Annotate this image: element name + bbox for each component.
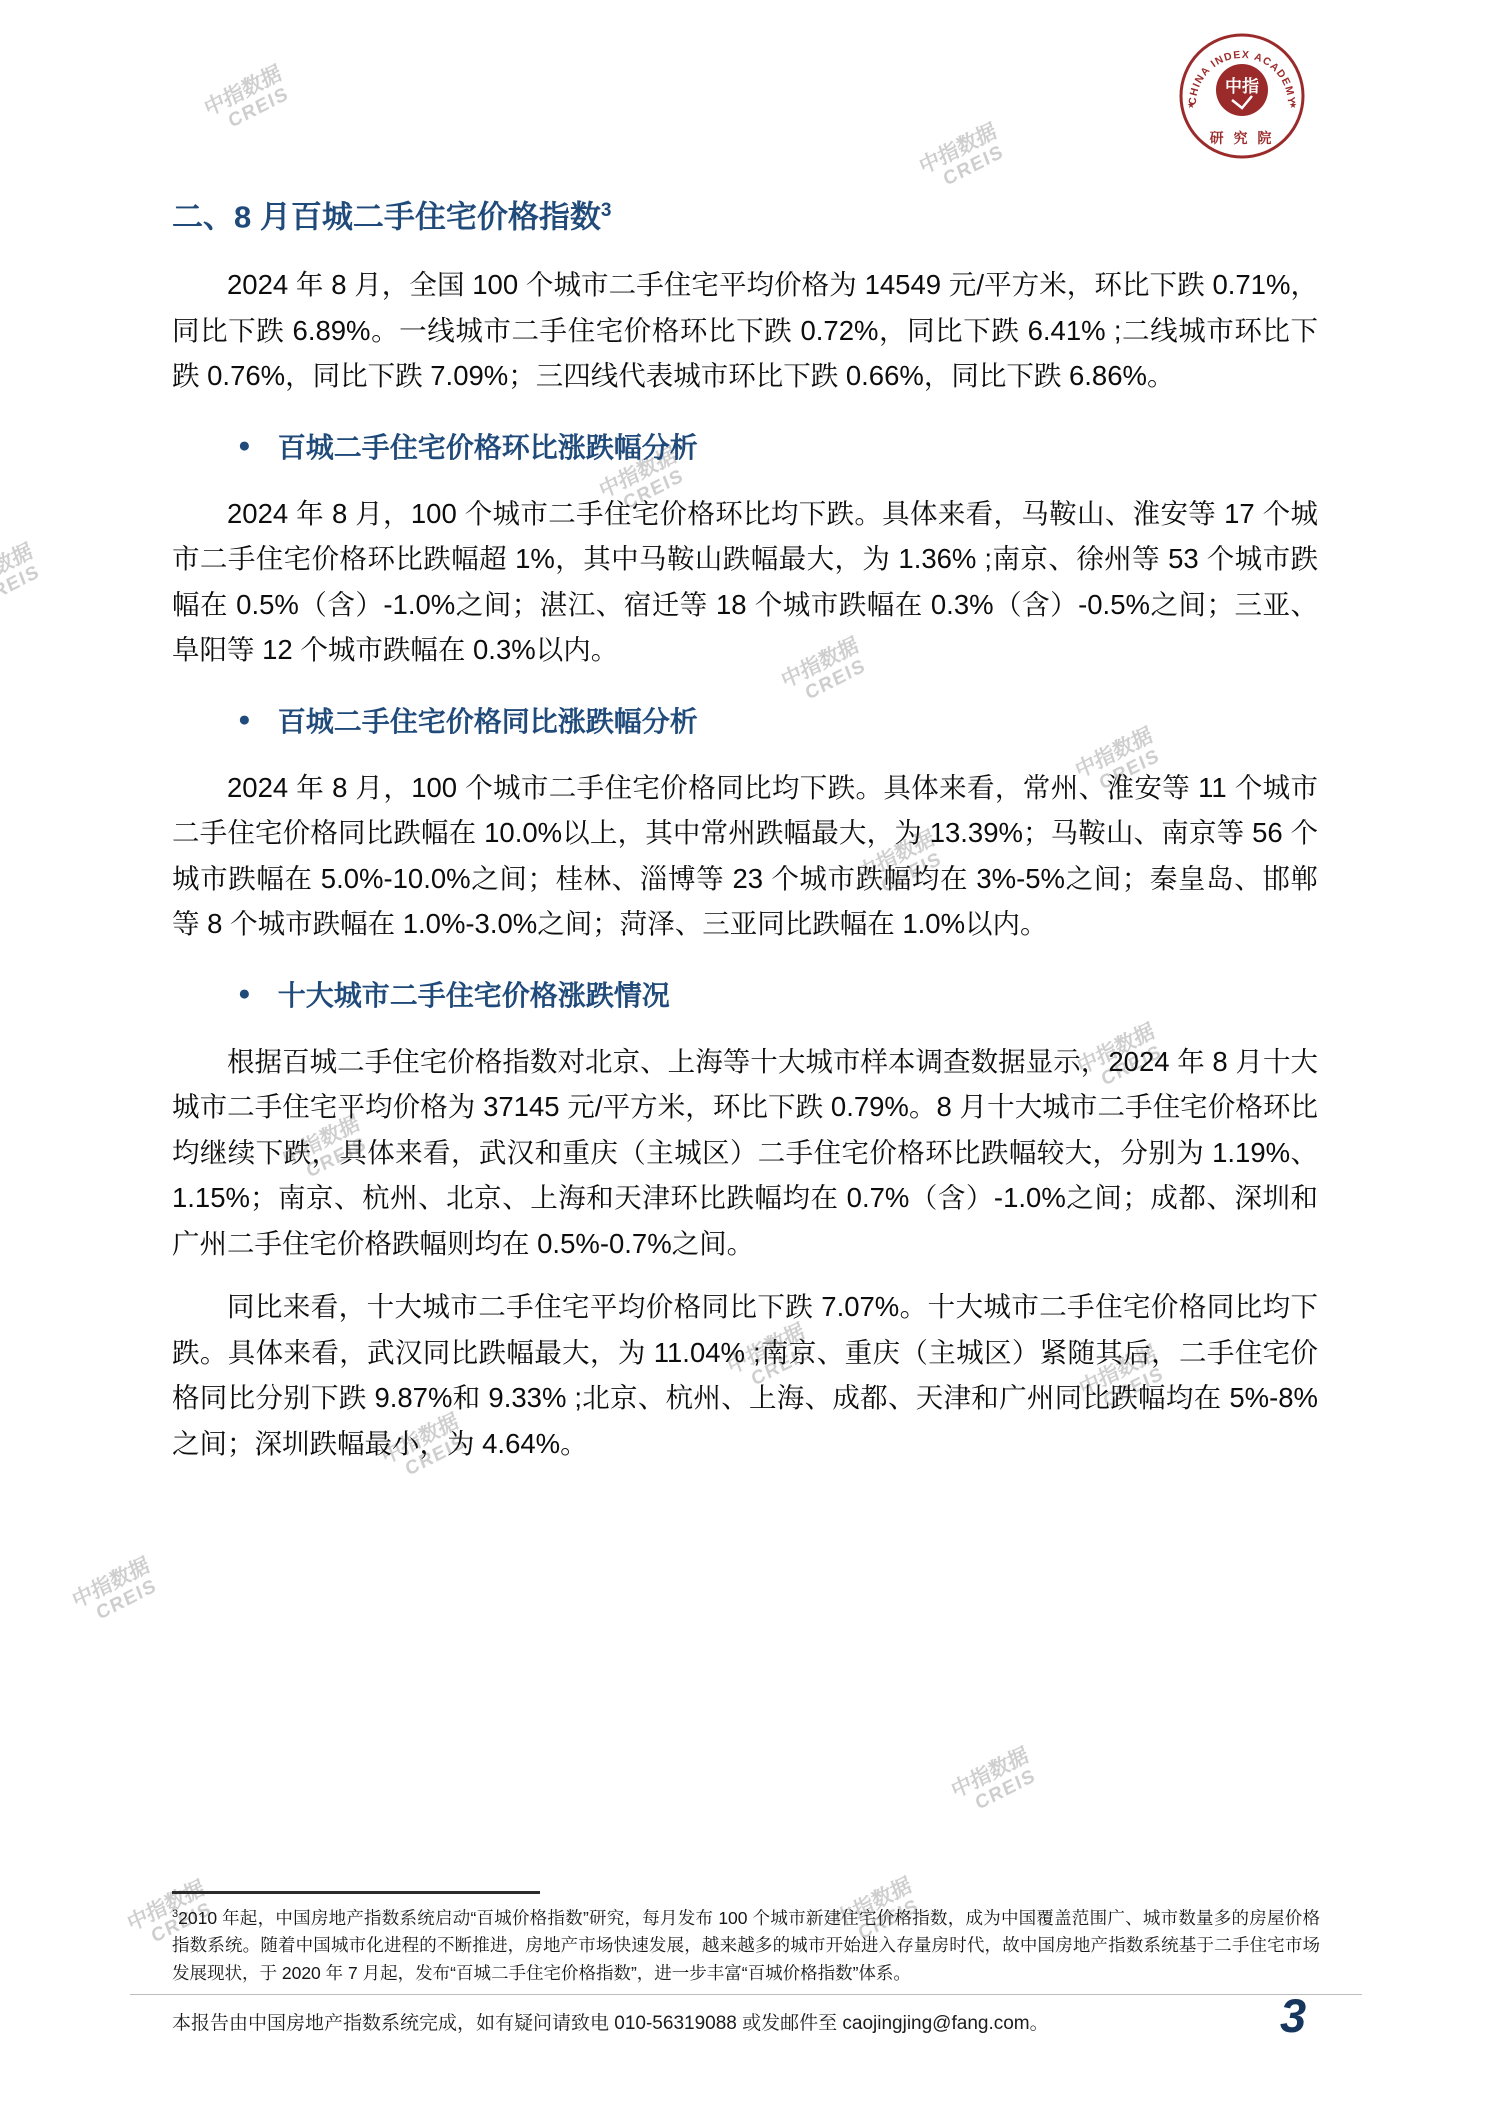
paragraph-yoy-analysis: 2024 年 8 月，100 个城市二手住宅价格同比均下跌。具体来看，常州、淮安…	[172, 765, 1318, 947]
watermark: 中指数据CREIS	[0, 540, 43, 619]
bullet-dot-icon: ●	[238, 982, 251, 1006]
page-number: 3	[1280, 1988, 1306, 2043]
footnote: 32010 年起，中国房地产指数系统启动“百城价格指数”研究，每月发布 100 …	[172, 1901, 1320, 1987]
paragraph-top10-yoy: 同比来看，十大城市二手住宅平均价格同比下跌 7.07%。十大城市二手住宅价格同比…	[172, 1284, 1318, 1466]
watermark: 中指数据CREIS	[949, 1744, 1039, 1823]
bullet-heading-yoy-analysis: ● 百城二手住宅价格同比涨跌幅分析	[172, 700, 1318, 740]
footnote-separator	[172, 1891, 540, 1894]
document-body: 二、8 月百城二手住宅价格指数3 2024 年 8 月，全国 100 个城市二手…	[172, 0, 1318, 1466]
footer-divider	[130, 1994, 1362, 1995]
footer-contact-text: 本报告由中国房地产指数系统完成，如有疑问请致电 010-56319088 或发邮…	[172, 2008, 1049, 2035]
heading-footnote-ref: 3	[601, 200, 612, 221]
bullet-dot-icon: ●	[238, 434, 251, 458]
report-page: { "ui": { "bullet_glyph": "●", "accent_c…	[0, 0, 1488, 2104]
bullet-heading-mom-analysis: ● 百城二手住宅价格环比涨跌幅分析	[172, 426, 1318, 466]
section-heading: 二、8 月百城二手住宅价格指数3	[172, 188, 1318, 240]
bullet-heading-top10-cities: ● 十大城市二手住宅价格涨跌情况	[172, 974, 1318, 1014]
watermark: 中指数据CREIS	[70, 1554, 160, 1633]
paragraph-mom-analysis: 2024 年 8 月，100 个城市二手住宅价格环比均下跌。具体来看，马鞍山、淮…	[172, 491, 1318, 673]
paragraph-top10-mom: 根据百城二手住宅价格指数对北京、上海等十大城市样本调查数据显示，2024 年 8…	[172, 1039, 1318, 1267]
paragraph-national-overview: 2024 年 8 月，全国 100 个城市二手住宅平均价格为 14549 元/平…	[172, 262, 1318, 399]
bullet-dot-icon: ●	[238, 708, 251, 732]
